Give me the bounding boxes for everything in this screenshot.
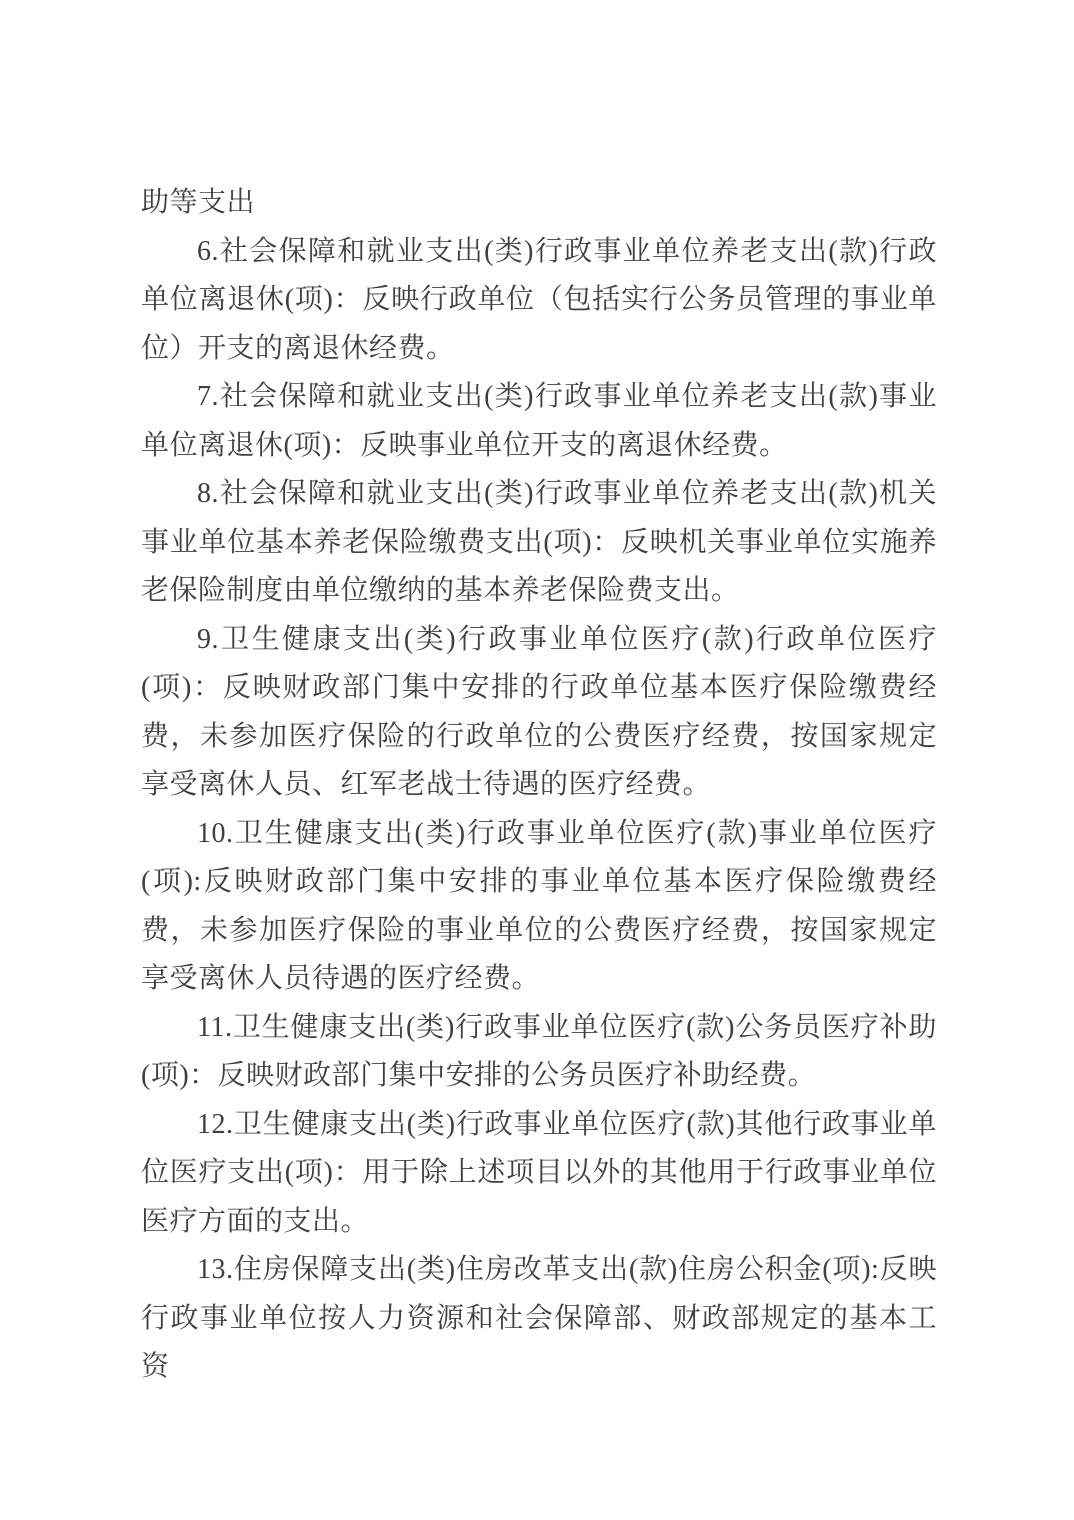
paragraph-8: 8.社会保障和就业支出(类)行政事业单位养老支出(款)机关事业单位基本养老保险缴… — [141, 470, 937, 616]
paragraph-7: 7.社会保障和就业支出(类)行政事业单位养老支出(款)事业单位离退休(项)：反映… — [141, 373, 937, 470]
document-page: 助等支出 6.社会保障和就业支出(类)行政事业单位养老支出(款)行政单位离退休(… — [0, 0, 1074, 1520]
paragraph-6: 6.社会保障和就业支出(类)行政事业单位养老支出(款)行政单位离退休(项)：反映… — [141, 228, 937, 374]
paragraph-10: 10.卫生健康支出(类)行政事业单位医疗(款)事业单位医疗(项):反映财政部门集… — [141, 810, 937, 1004]
document-body: 助等支出 6.社会保障和就业支出(类)行政事业单位养老支出(款)行政单位离退休(… — [141, 179, 937, 1392]
continuation-line: 助等支出 — [141, 179, 937, 228]
paragraph-13: 13.住房保障支出(类)住房改革支出(款)住房公积金(项):反映行政事业单位按人… — [141, 1246, 937, 1392]
paragraph-9: 9.卫生健康支出(类)行政事业单位医疗(款)行政单位医疗(项)：反映财政部门集中… — [141, 616, 937, 810]
paragraph-11: 11.卫生健康支出(类)行政事业单位医疗(款)公务员医疗补助(项)：反映财政部门… — [141, 1004, 937, 1101]
paragraph-12: 12.卫生健康支出(类)行政事业单位医疗(款)其他行政事业单位医疗支出(项)：用… — [141, 1101, 937, 1247]
